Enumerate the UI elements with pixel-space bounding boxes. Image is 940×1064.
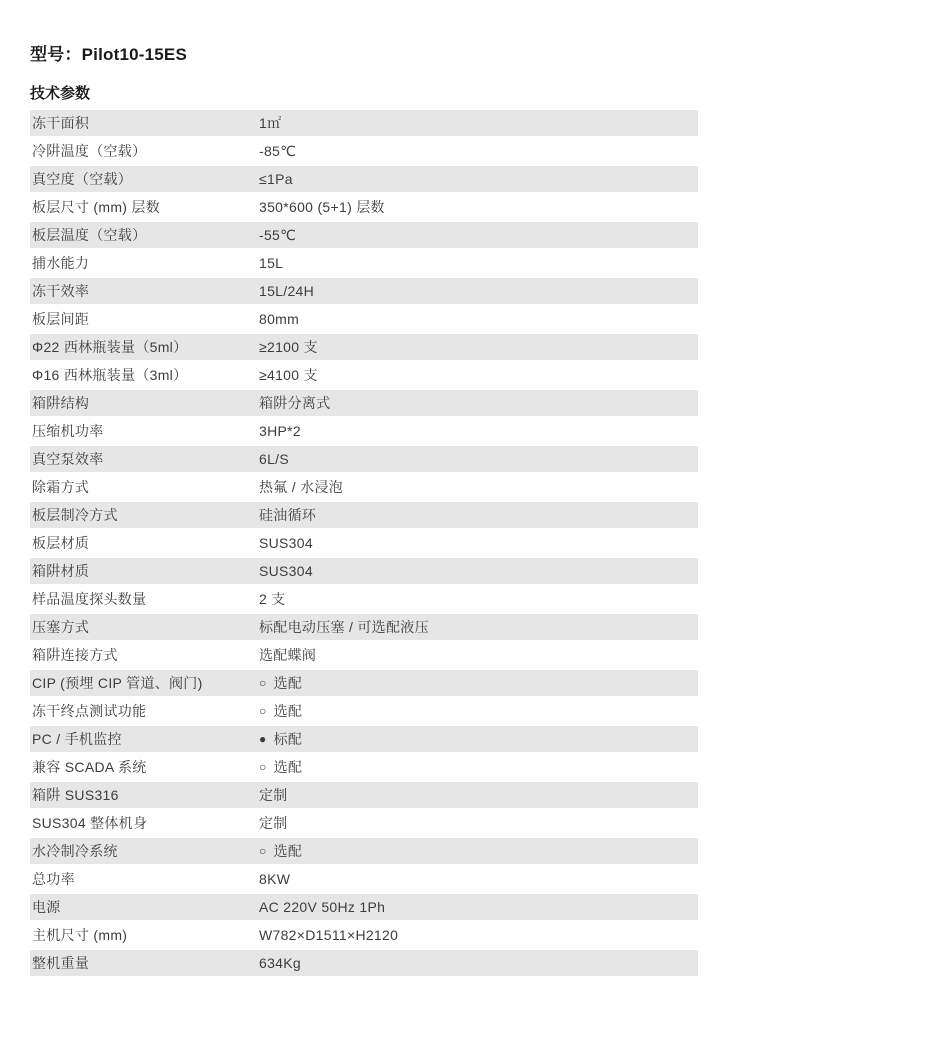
table-row: 总功率 8KW: [30, 866, 698, 892]
table-row: CIP (预埋 CIP 管道、阀门) ○ 选配: [30, 670, 698, 696]
table-row: 水冷制冷系统 ○ 选配: [30, 838, 698, 864]
spec-table: 冻干面积 1㎡ 冷阱温度（空载） -85℃ 真空度（空载） ≤1Pa 板层尺寸 …: [30, 110, 698, 976]
row-label: 压塞方式: [30, 617, 259, 637]
row-label: 冻干终点测试功能: [30, 701, 259, 721]
row-label: 真空度（空载）: [30, 169, 259, 189]
row-value-cell: 3HP*2: [259, 423, 698, 439]
row-value: 1㎡: [259, 113, 281, 133]
row-value-cell: 定制: [259, 813, 698, 833]
row-value: 热氟 / 水浸泡: [259, 477, 343, 497]
table-row: 冷阱温度（空载） -85℃: [30, 138, 698, 164]
row-value-cell: 热氟 / 水浸泡: [259, 477, 698, 497]
row-label: 箱阱连接方式: [30, 645, 259, 665]
row-value: ≤1Pa: [259, 171, 293, 187]
table-row: 压塞方式 标配电动压塞 / 可选配液压: [30, 614, 698, 640]
table-row: 冻干终点测试功能 ○ 选配: [30, 698, 698, 724]
table-row: SUS304 整体机身 定制: [30, 810, 698, 836]
row-label: 箱阱 SUS316: [30, 785, 259, 805]
spec-page: 型号：Pilot10-15ES 技术参数 冻干面积 1㎡ 冷阱温度（空载） -8…: [0, 0, 940, 976]
row-value: AC 220V 50Hz 1Ph: [259, 899, 385, 915]
row-value: 8KW: [259, 871, 290, 887]
row-label: 水冷制冷系统: [30, 841, 259, 861]
row-value-cell: ≥4100 支: [259, 365, 698, 385]
row-value: SUS304: [259, 563, 313, 579]
row-value: 15L: [259, 255, 283, 271]
row-label: 主机尺寸 (mm): [30, 925, 259, 945]
model-value: Pilot10-15ES: [82, 45, 187, 64]
row-label: 电源: [30, 897, 259, 917]
row-label: 兼容 SCADA 系统: [30, 757, 259, 777]
section-heading: 技术参数: [30, 85, 940, 103]
table-row: 压缩机功率 3HP*2: [30, 418, 698, 444]
row-value-cell: ○ 选配: [259, 841, 698, 861]
row-value: 选配: [274, 673, 303, 693]
row-value: 箱阱分离式: [259, 393, 331, 413]
row-value: 标配: [274, 729, 303, 749]
row-label: 冻干效率: [30, 281, 259, 301]
table-row: 板层尺寸 (mm) 层数 350*600 (5+1) 层数: [30, 194, 698, 220]
open-circle-icon: ○: [259, 705, 267, 717]
row-value-cell: -55℃: [259, 227, 698, 244]
table-row: PC / 手机监控 ● 标配: [30, 726, 698, 752]
table-row: Φ22 西林瓶装量（5ml） ≥2100 支: [30, 334, 698, 360]
row-value-cell: 2 支: [259, 589, 698, 609]
row-value: 标配电动压塞 / 可选配液压: [259, 617, 429, 637]
row-value: 选配: [274, 757, 303, 777]
row-label: 样品温度探头数量: [30, 589, 259, 609]
row-value: 350*600 (5+1) 层数: [259, 197, 385, 217]
row-value-cell: 选配蝶阀: [259, 645, 698, 665]
open-circle-icon: ○: [259, 677, 267, 689]
row-value: W782×D1511×H2120: [259, 927, 398, 943]
row-value: 定制: [259, 813, 288, 833]
row-value-cell: 6L/S: [259, 451, 698, 467]
table-row: 整机重量 634Kg: [30, 950, 698, 976]
row-value-cell: ≤1Pa: [259, 171, 698, 187]
row-label: 板层温度（空载）: [30, 225, 259, 245]
table-row: 捕水能力 15L: [30, 250, 698, 276]
row-value-cell: ○ 选配: [259, 757, 698, 777]
filled-circle-icon: ●: [259, 733, 267, 745]
row-value-cell: ○ 选配: [259, 673, 698, 693]
row-label: 板层材质: [30, 533, 259, 553]
row-value: SUS304: [259, 535, 313, 551]
row-value-cell: 8KW: [259, 871, 698, 887]
row-label: 除霜方式: [30, 477, 259, 497]
table-row: 箱阱连接方式 选配蝶阀: [30, 642, 698, 668]
row-value: 选配: [274, 841, 303, 861]
table-row: 样品温度探头数量 2 支: [30, 586, 698, 612]
table-row: 板层制冷方式 硅油循环: [30, 502, 698, 528]
table-row: 电源 AC 220V 50Hz 1Ph: [30, 894, 698, 920]
row-label: CIP (预埋 CIP 管道、阀门): [30, 673, 259, 693]
row-value-cell: W782×D1511×H2120: [259, 927, 698, 943]
row-value-cell: AC 220V 50Hz 1Ph: [259, 899, 698, 915]
row-value-cell: SUS304: [259, 563, 698, 579]
open-circle-icon: ○: [259, 761, 267, 773]
row-value-cell: ○ 选配: [259, 701, 698, 721]
row-label: 板层制冷方式: [30, 505, 259, 525]
model-label: 型号：: [30, 45, 82, 64]
row-value-cell: 15L/24H: [259, 283, 698, 299]
row-value: ≥2100 支: [259, 337, 318, 357]
row-value: 硅油循环: [259, 505, 316, 525]
row-value: 2 支: [259, 589, 286, 609]
table-row: 除霜方式 热氟 / 水浸泡: [30, 474, 698, 500]
row-value-cell: 标配电动压塞 / 可选配液压: [259, 617, 698, 637]
row-value-cell: 80mm: [259, 311, 698, 327]
row-label: Φ16 西林瓶装量（3ml）: [30, 365, 259, 385]
row-label: 捕水能力: [30, 253, 259, 273]
row-value-cell: ● 标配: [259, 729, 698, 749]
row-label: 总功率: [30, 869, 259, 889]
row-label: 箱阱结构: [30, 393, 259, 413]
page-title: 型号：Pilot10-15ES: [30, 45, 940, 65]
table-row: Φ16 西林瓶装量（3ml） ≥4100 支: [30, 362, 698, 388]
table-row: 兼容 SCADA 系统 ○ 选配: [30, 754, 698, 780]
row-value: 选配: [274, 701, 303, 721]
row-label: 箱阱材质: [30, 561, 259, 581]
row-label: PC / 手机监控: [30, 729, 259, 749]
row-value: -55℃: [259, 227, 296, 244]
row-label: 冻干面积: [30, 113, 259, 133]
row-value-cell: 硅油循环: [259, 505, 698, 525]
row-value-cell: 1㎡: [259, 113, 698, 133]
row-value-cell: 350*600 (5+1) 层数: [259, 197, 698, 217]
table-row: 板层材质 SUS304: [30, 530, 698, 556]
table-row: 真空度（空载） ≤1Pa: [30, 166, 698, 192]
table-row: 真空泵效率 6L/S: [30, 446, 698, 472]
row-value: ≥4100 支: [259, 365, 318, 385]
table-row: 主机尺寸 (mm) W782×D1511×H2120: [30, 922, 698, 948]
row-label: SUS304 整体机身: [30, 813, 259, 833]
row-value-cell: 定制: [259, 785, 698, 805]
row-value: 选配蝶阀: [259, 645, 316, 665]
row-label: 冷阱温度（空载）: [30, 141, 259, 161]
table-row: 板层温度（空载） -55℃: [30, 222, 698, 248]
table-row: 板层间距 80mm: [30, 306, 698, 332]
row-value: 634Kg: [259, 955, 301, 971]
row-value-cell: -85℃: [259, 143, 698, 160]
open-circle-icon: ○: [259, 845, 267, 857]
table-row: 箱阱 SUS316 定制: [30, 782, 698, 808]
table-row: 箱阱结构 箱阱分离式: [30, 390, 698, 416]
row-value-cell: 634Kg: [259, 955, 698, 971]
table-row: 箱阱材质 SUS304: [30, 558, 698, 584]
row-label: Φ22 西林瓶装量（5ml）: [30, 337, 259, 357]
row-label: 板层尺寸 (mm) 层数: [30, 197, 259, 217]
row-value: 80mm: [259, 311, 299, 327]
row-value-cell: ≥2100 支: [259, 337, 698, 357]
row-label: 板层间距: [30, 309, 259, 329]
row-value: 3HP*2: [259, 423, 301, 439]
row-value: -85℃: [259, 143, 296, 160]
row-value: 定制: [259, 785, 288, 805]
row-value-cell: SUS304: [259, 535, 698, 551]
row-value-cell: 15L: [259, 255, 698, 271]
row-value: 6L/S: [259, 451, 289, 467]
row-label: 压缩机功率: [30, 421, 259, 441]
table-row: 冻干效率 15L/24H: [30, 278, 698, 304]
row-value-cell: 箱阱分离式: [259, 393, 698, 413]
row-label: 整机重量: [30, 953, 259, 973]
table-row: 冻干面积 1㎡: [30, 110, 698, 136]
row-label: 真空泵效率: [30, 449, 259, 469]
row-value: 15L/24H: [259, 283, 314, 299]
